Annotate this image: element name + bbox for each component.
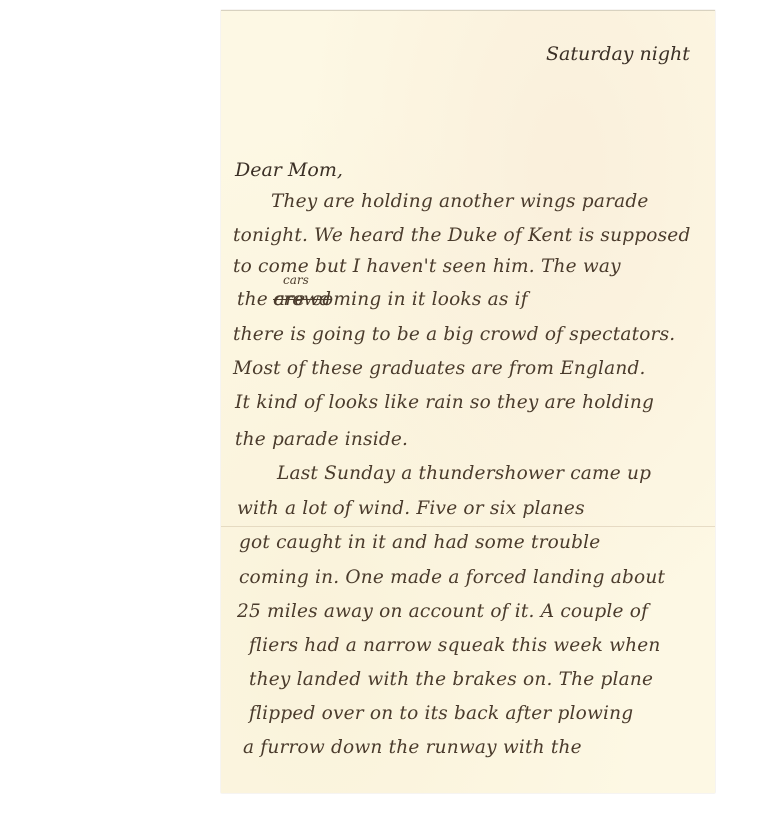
letter-line: They are holding another wings parade: [271, 191, 649, 212]
letter-line: the parade inside.: [235, 429, 408, 450]
letter-dateline: Saturday night: [546, 43, 690, 65]
letter-line: got caught in it and had some trouble: [239, 532, 600, 553]
letter-line: 25 miles away on account of it. A couple…: [237, 601, 648, 622]
letter-line: with a lot of wind. Five or six planes: [237, 498, 585, 519]
letter-page: Saturday night Dear Mom, They are holdin…: [221, 10, 715, 793]
fold-crease: [221, 526, 715, 527]
inserted-word: cars: [283, 273, 309, 287]
letter-line: fliers had a narrow squeak this week whe…: [249, 635, 661, 656]
letter-line: there is going to be a big crowd of spec…: [233, 324, 675, 345]
struck-word: crowd: [273, 289, 331, 310]
letter-line: Most of these graduates are from England…: [233, 358, 646, 379]
letter-line: flipped over on to its back after plowin…: [249, 703, 633, 724]
letter-line: tonight. We heard the Duke of Kent is su…: [233, 225, 691, 246]
letter-line: Last Sunday a thundershower came up: [277, 463, 651, 484]
letter-line: they landed with the brakes on. The plan…: [249, 669, 653, 690]
letter-line: coming in. One made a forced landing abo…: [239, 567, 665, 588]
letter-line: a furrow down the runway with the: [243, 737, 582, 758]
letter-line: It kind of looks like rain so they are h…: [235, 392, 654, 413]
letter-salutation: Dear Mom,: [235, 159, 343, 181]
